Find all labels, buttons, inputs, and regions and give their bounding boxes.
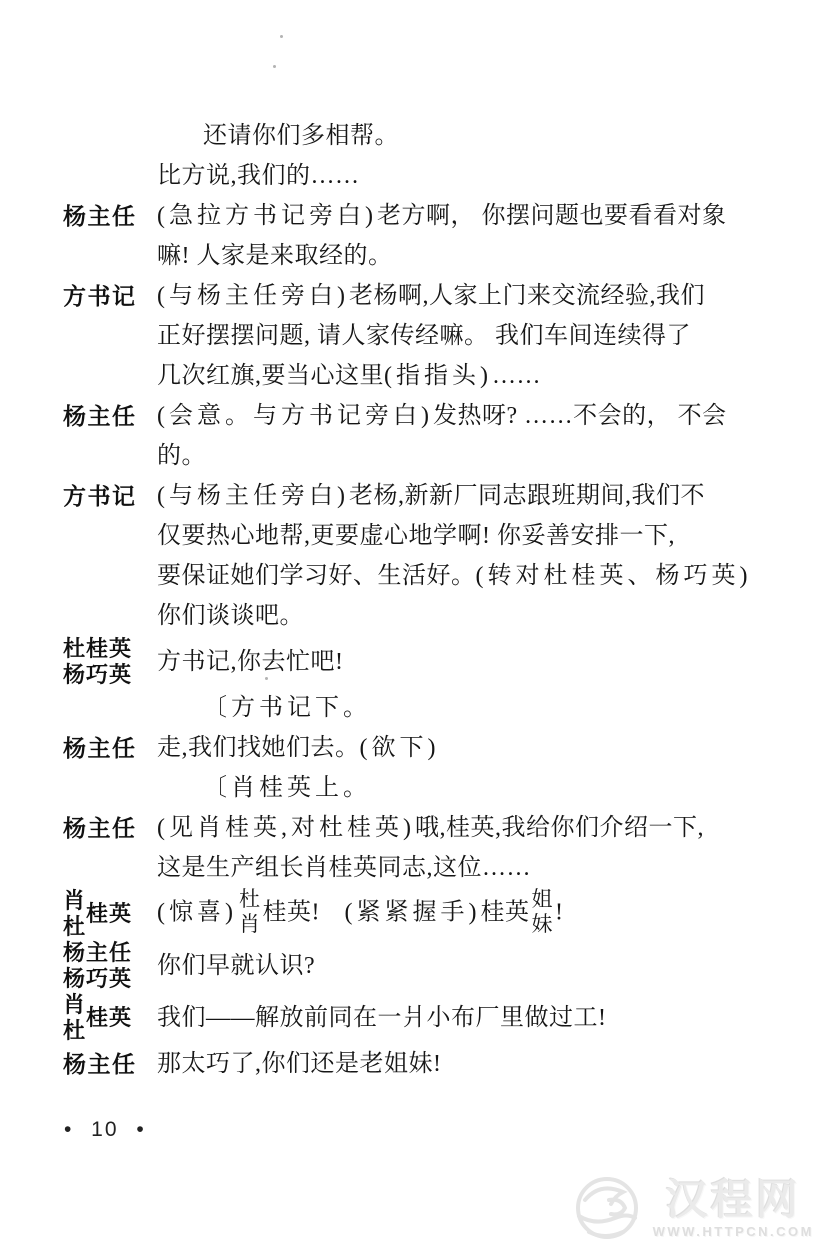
script-row: 比方说,我们的…… [63,156,735,196]
dialogue-line: 还请你们多相帮。 [157,116,735,156]
dialogue: 比方说,我们的…… [157,156,735,196]
dialogue: (急拉方书记旁白)老方啊， 你摆问题也要看看对象嘛! 人家是来取经的。 [157,196,735,276]
speaker-name: 杨主任 [63,1044,157,1084]
dialogue: (惊喜)杜肖桂英! (紧紧握手)桂英姐妹! [157,889,735,939]
dialogue-line: 正好摆摆问题, 请人家传经嘛。 我们车间连续得了 [157,316,735,356]
scan-speck [273,65,276,68]
dialogue-line: (与杨主任旁白)老杨,新新厂同志跟班期间,我们不 [157,476,751,516]
speaker-name: 杨主任 [63,196,157,236]
dialogue-line: 走,我们找她们去。(欲下) [157,728,735,768]
dialogue-line: 这是生产组长肖桂英同志,这位…… [157,848,735,888]
scan-speck [280,35,283,38]
dialogue: 你们早就认识? [157,946,735,986]
script-row: 杨主任(会意。与方书记旁白)发热呀? ……不会的， 不会的。 [63,396,735,476]
speaker-name: 方书记 [63,276,157,316]
watermark: 汉程网 WWW.HTTPCN.COM [565,1170,814,1246]
stacked-characters: 姐妹 [531,887,553,937]
dialogue-line: 要保证她们学习好、生活好。(转对杜桂英、杨巧英) [157,556,751,596]
speaker-name: 杜桂英杨巧英 [63,636,157,688]
script-row: 方书记(与杨主任旁白)老杨啊,人家上门来交流经验,我们正好摆摆问题, 请人家传经… [63,276,735,396]
dialogue-line: (与杨主任旁白)老杨啊,人家上门来交流经验,我们 [157,276,735,316]
speaker-name: 杨主任 [63,396,157,436]
script-row: 〔肖桂英上。 [63,768,735,808]
speaker-name: 肖杜桂英 [63,888,157,940]
dialogue-line: 比方说,我们的…… [157,156,735,196]
dialogue: 〔肖桂英上。 [157,768,735,808]
dialogue-line: (急拉方书记旁白)老方啊， 你摆问题也要看看对象 [157,196,735,236]
dialogue: 还请你们多相帮。 [157,116,735,156]
dialogue-line: 几次红旗,要当心这里(指指头)…… [157,356,735,396]
script-body: 还请你们多相帮。比方说,我们的……杨主任(急拉方书记旁白)老方啊， 你摆问题也要… [63,116,735,1084]
scanned-page: 还请你们多相帮。比方说,我们的……杨主任(急拉方书记旁白)老方啊， 你摆问题也要… [0,0,822,1252]
page-number: • 10 • [64,1118,146,1142]
dialogue-line: 的。 [157,436,735,476]
dialogue-line: 我们——解放前同在一爿小布厂里做过工! [157,998,735,1038]
dialogue-line: (见肖桂英,对杜桂英)哦,桂英,我给你们介绍一下, [157,808,735,848]
dialogue: (与杨主任旁白)老杨,新新厂同志跟班期间,我们不仅要热心地帮,更要虚心地学啊! … [157,476,751,636]
dialogue: 我们——解放前同在一爿小布厂里做过工! [157,998,735,1038]
script-row: 杨主任杨巧英你们早就认识? [63,940,735,992]
dialogue-line: 你们早就认识? [157,946,735,986]
stacked-characters: 杜肖 [239,887,261,937]
script-row: 杨主任走,我们找她们去。(欲下) [63,728,735,768]
dialogue: (与杨主任旁白)老杨啊,人家上门来交流经验,我们正好摆摆问题, 请人家传经嘛。 … [157,276,735,396]
script-row: 杨主任(急拉方书记旁白)老方啊， 你摆问题也要看看对象嘛! 人家是来取经的。 [63,196,735,276]
dialogue-line: (会意。与方书记旁白)发热呀? ……不会的， 不会 [157,396,735,436]
dialogue-line: 嘛! 人家是来取经的。 [157,236,735,276]
scan-speck [265,677,268,680]
dialogue: 走,我们找她们去。(欲下) [157,728,735,768]
dialogue-line: 〔肖桂英上。 [157,768,735,808]
dialogue-line: 方书记,你去忙吧! [157,642,735,682]
script-row: 〔方书记下。 [63,688,735,728]
dialogue: 〔方书记下。 [157,688,735,728]
dialogue-line: 那太巧了,你们还是老姐妹! [157,1044,735,1084]
script-row: 方书记(与杨主任旁白)老杨,新新厂同志跟班期间,我们不仅要热心地帮,更要虚心地学… [63,476,735,636]
watermark-url: WWW.HTTPCN.COM [653,1224,814,1239]
dragon-logo-icon [565,1170,651,1246]
scan-speck [505,568,507,570]
script-row: 杜桂英杨巧英方书记,你去忙吧! [63,636,735,688]
script-row: 肖杜桂英我们——解放前同在一爿小布厂里做过工! [63,992,735,1044]
script-row: 肖杜桂英(惊喜)杜肖桂英! (紧紧握手)桂英姐妹! [63,888,735,940]
dialogue: 方书记,你去忙吧! [157,642,735,682]
dialogue: (会意。与方书记旁白)发热呀? ……不会的， 不会的。 [157,396,735,476]
script-row: 杨主任(见肖桂英,对杜桂英)哦,桂英,我给你们介绍一下,这是生产组长肖桂英同志,… [63,808,735,888]
speaker-name: 杨主任 [63,808,157,848]
script-row: 还请你们多相帮。 [63,116,735,156]
dialogue-line: 仅要热心地帮,更要虚心地学啊! 你妥善安排一下, [157,516,751,556]
dialogue-line: 你们谈谈吧。 [157,596,751,636]
dialogue: (见肖桂英,对杜桂英)哦,桂英,我给你们介绍一下,这是生产组长肖桂英同志,这位…… [157,808,735,888]
dialogue: 那太巧了,你们还是老姐妹! [157,1044,735,1084]
watermark-site-name: 汉程网 [666,1178,801,1222]
speaker-name: 方书记 [63,476,157,516]
script-row: 杨主任那太巧了,你们还是老姐妹! [63,1044,735,1084]
watermark-text: 汉程网 WWW.HTTPCN.COM [653,1178,814,1239]
speaker-name: 肖杜桂英 [63,992,157,1044]
speaker-name: 杨主任杨巧英 [63,940,157,992]
speaker-name: 杨主任 [63,728,157,768]
scan-speck [310,1018,313,1021]
dialogue-line: (惊喜)杜肖桂英! (紧紧握手)桂英姐妹! [157,889,735,939]
dialogue-line: 〔方书记下。 [157,688,735,728]
